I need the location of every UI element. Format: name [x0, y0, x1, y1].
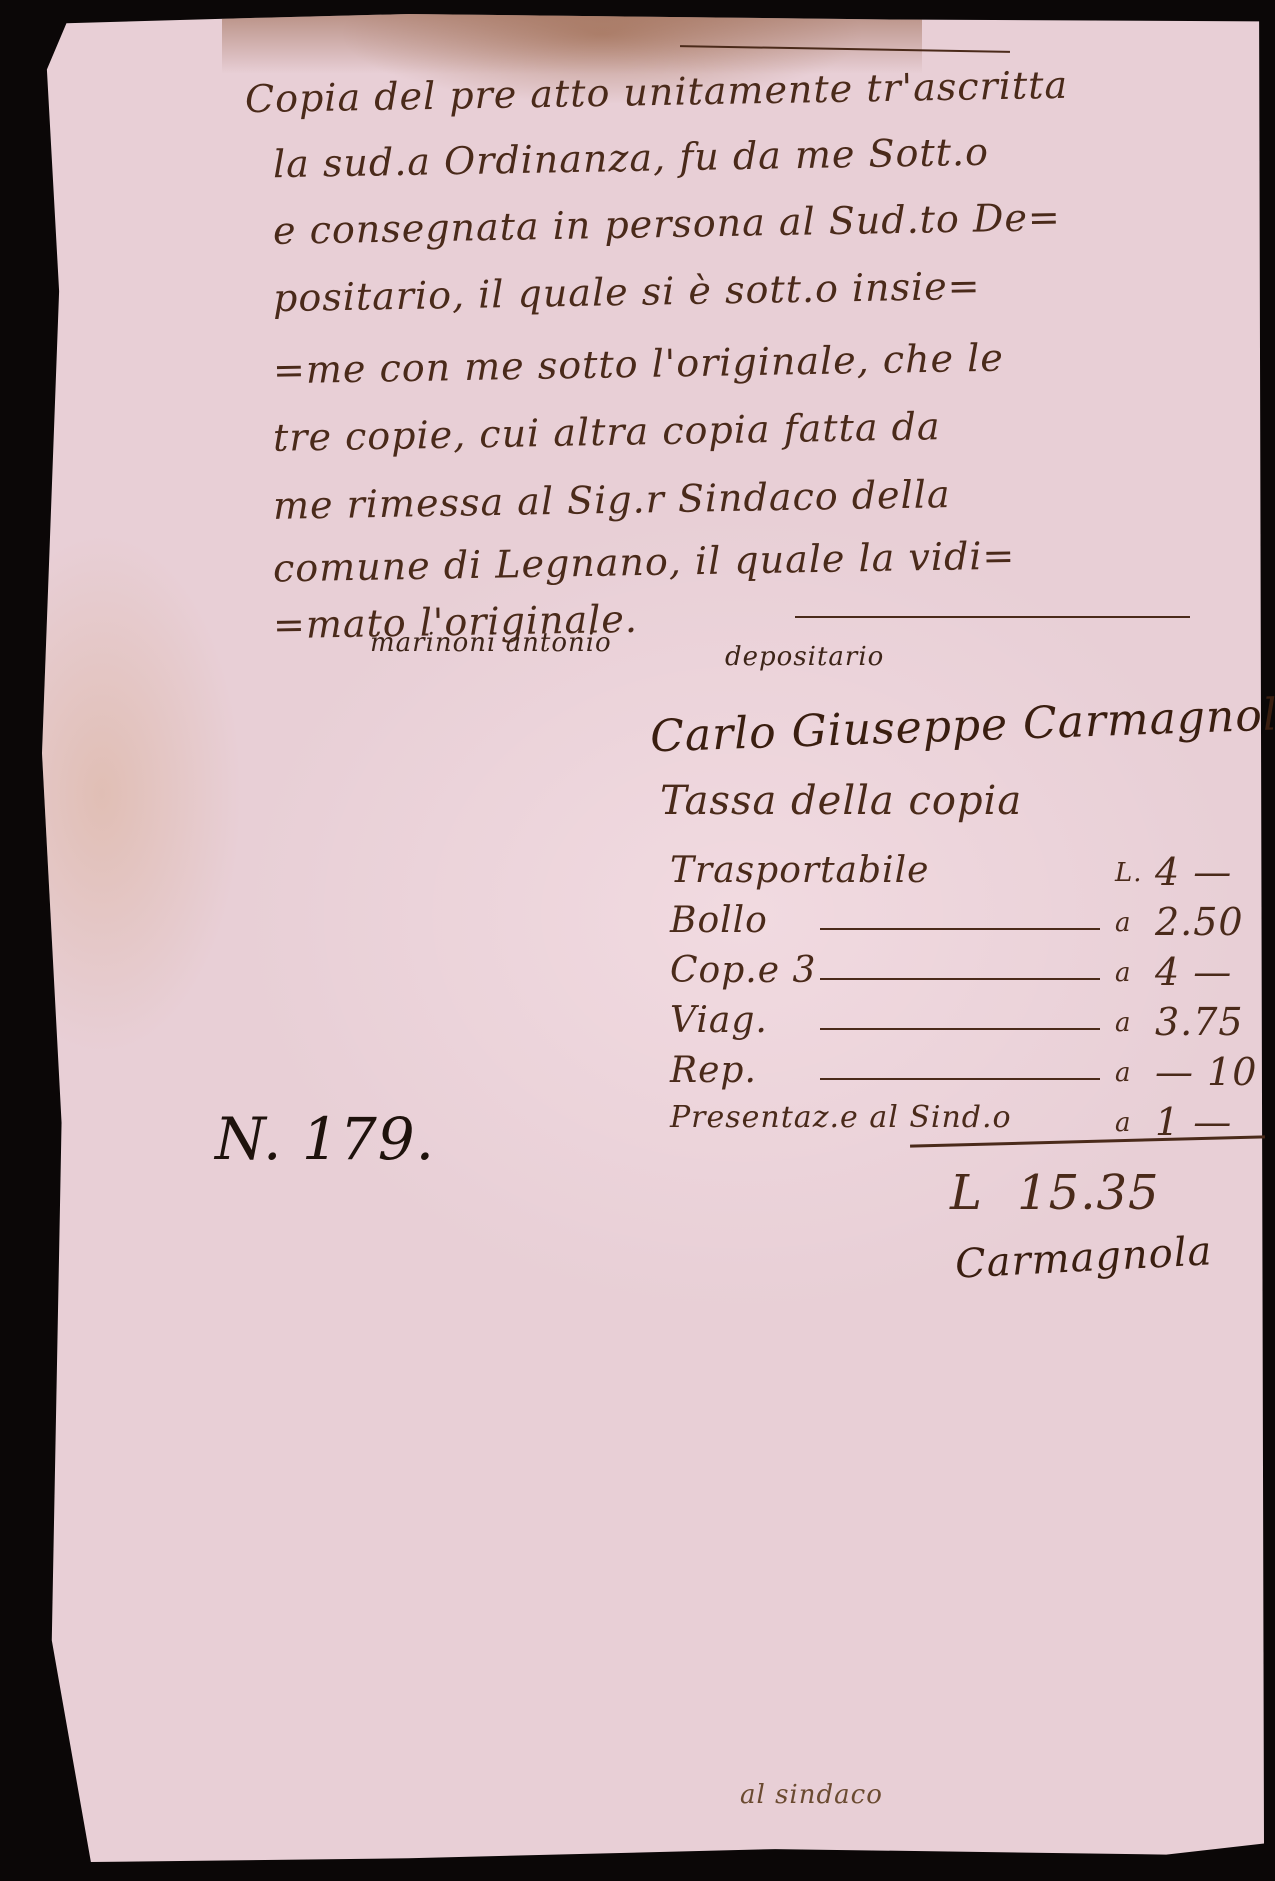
leader-line	[820, 978, 1100, 980]
fee-row: Rep. a — 10	[670, 1050, 1230, 1100]
depositor-role: depositario	[725, 642, 884, 672]
leader-line	[820, 928, 1100, 930]
closing-rule	[795, 616, 1190, 618]
fee-unit: a	[1115, 908, 1132, 938]
water-stain	[222, 14, 922, 74]
fee-value: 4 —	[1155, 950, 1232, 994]
footer-note: al sindaco	[740, 1780, 883, 1810]
fee-label: Viag.	[670, 1000, 768, 1041]
leader-line	[820, 1028, 1100, 1030]
fee-row: Bollo a 2.50	[670, 900, 1230, 950]
fee-row: Cop.e 3 a 4 —	[670, 950, 1230, 1000]
fee-label: Bollo	[670, 900, 768, 941]
marginal-number: N. 179.	[215, 1105, 435, 1173]
fee-label: Trasportabile	[670, 850, 929, 891]
fee-row: Viag. a 3.75	[670, 1000, 1230, 1050]
fee-unit: a	[1115, 1058, 1132, 1088]
fee-unit: a	[1115, 1108, 1132, 1138]
fee-label: Presentaz.e al Sind.o	[670, 1100, 1012, 1135]
fee-total: 15.35	[1017, 1165, 1159, 1221]
currency-symbol: L	[950, 1165, 983, 1221]
fee-value: 4 —	[1155, 850, 1232, 894]
fee-value: — 10	[1155, 1050, 1257, 1094]
fee-value: 2.50	[1155, 900, 1244, 944]
fee-total-row: L 15.35	[950, 1165, 1160, 1221]
fee-header: Tassa della copia	[660, 778, 1022, 824]
fee-value: 3.75	[1155, 1000, 1244, 1044]
fee-label: Rep.	[670, 1050, 757, 1091]
fee-row: Presentaz.e al Sind.o a 1 —	[670, 1100, 1230, 1150]
fee-unit: a	[1115, 1008, 1132, 1038]
fee-row: Trasportabile L. 4 —	[670, 850, 1230, 900]
leader-line	[820, 1078, 1100, 1080]
fee-unit: a	[1115, 958, 1132, 988]
depositor-name: marinoni antonio	[370, 628, 612, 658]
fee-label: Cop.e 3	[670, 950, 816, 991]
fee-unit: L.	[1115, 858, 1143, 888]
